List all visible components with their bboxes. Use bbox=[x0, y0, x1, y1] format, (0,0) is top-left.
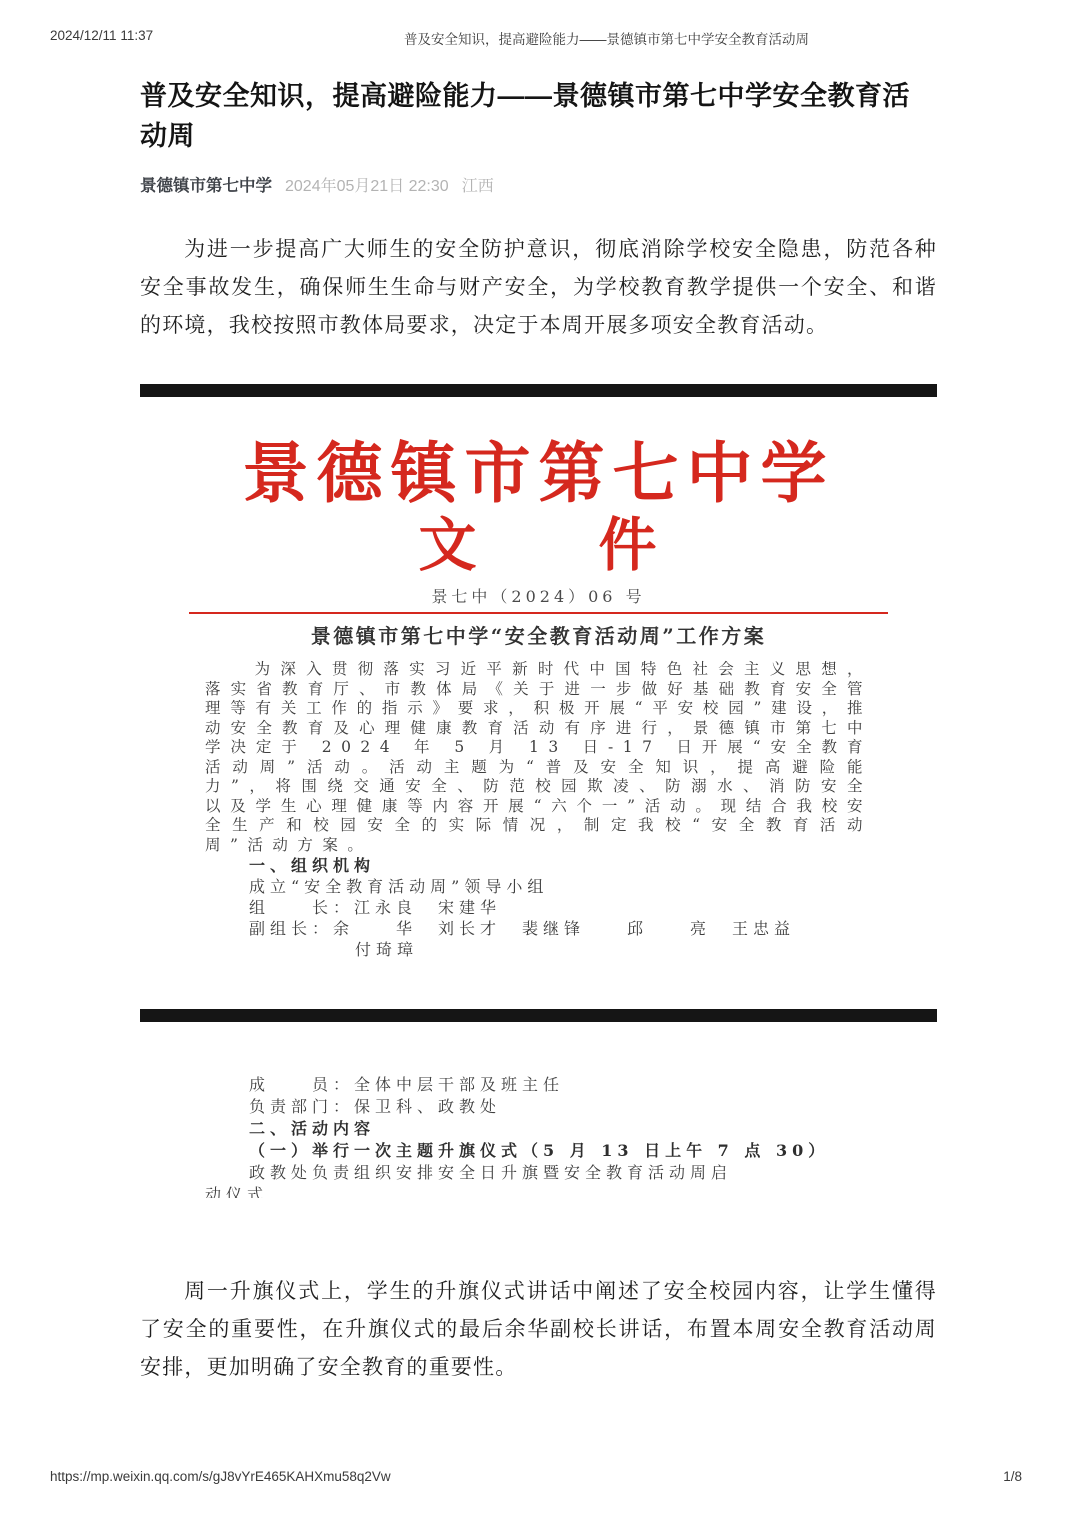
print-header-title: 普及安全知识，提高避险能力——景德镇市第七中学安全教育活动周 bbox=[404, 28, 809, 48]
byline: 景德镇市第七中学 2024年05月21日 22:30 江西 bbox=[140, 172, 937, 196]
doc-wenjian-word: 文 件 bbox=[205, 513, 872, 577]
doc-number: 景七中（2024）06 号 bbox=[205, 587, 872, 607]
image-top-border bbox=[140, 384, 937, 397]
source-url: https://mp.weixin.qq.com/s/gJ8vYrE465KAH… bbox=[50, 1469, 391, 1484]
doc-item1-body-line2: 动仪式 bbox=[205, 1184, 872, 1198]
doc-section1-heading: 一、组织机构 bbox=[205, 855, 872, 876]
print-page: 2024/12/11 11:37 普及安全知识，提高避险能力——景德镇市第七中学… bbox=[0, 0, 1074, 1520]
doc-red-rule bbox=[189, 612, 888, 614]
account-name: 景德镇市第七中学 bbox=[140, 172, 272, 196]
doc-line-leader: 组 长：江永良 宋建华 bbox=[205, 897, 872, 918]
doc-line-departments: 负责部门：保卫科、政教处 bbox=[205, 1096, 872, 1118]
doc-line-members: 成 员：全体中层干部及班主任 bbox=[205, 1074, 872, 1096]
publish-datetime: 2024年05月21日 22:30 bbox=[285, 173, 449, 196]
page-indicator: 1/8 bbox=[1003, 1469, 1022, 1484]
document-scan-figure: 景德镇市第七中学 文 件 景七中（2024）06 号 景德镇市第七中学“安全教育… bbox=[140, 384, 937, 1198]
doc-item1-heading: （一）举行一次主题升旗仪式（5 月 13 日上午 7 点 30） bbox=[205, 1140, 872, 1162]
paragraph-flag-ceremony: 周一升旗仪式上，学生的升旗仪式讲话中阐述了安全校园内容，让学生懂得了安全的重要性… bbox=[140, 1272, 937, 1386]
article: 普及安全知识，提高避险能力——景德镇市第七中学安全教育活动周 景德镇市第七中学 … bbox=[140, 76, 937, 1386]
image-bottom-border bbox=[140, 1009, 937, 1022]
doc-item1-body-line1: 政教处负责组织安排安全日升旗暨安全教育活动周启 bbox=[205, 1162, 872, 1184]
doc-body-paragraph: 为深入贯彻落实习近平新时代中国特色社会主义思想，落实省教育厅、市教体局《关于进一… bbox=[205, 660, 872, 855]
doc-line-deputy: 副组长：余 华 刘长才 裴继锋 邱 亮 王忠益 bbox=[205, 918, 872, 939]
doc-line-deputy-cont: 付琦璋 bbox=[205, 939, 872, 960]
publish-location: 江西 bbox=[462, 173, 494, 196]
doc-section2-heading: 二、活动内容 bbox=[205, 1118, 872, 1140]
doc-line-setup: 成立“安全教育活动周”领导小组 bbox=[205, 876, 872, 897]
article-title: 普及安全知识，提高避险能力——景德镇市第七中学安全教育活动周 bbox=[140, 76, 937, 156]
print-datetime: 2024/12/11 11:37 bbox=[50, 28, 153, 43]
doc-title: 景德镇市第七中学“安全教育活动周”工作方案 bbox=[205, 623, 872, 649]
doc-org-name: 景德镇市第七中学 bbox=[205, 437, 872, 509]
document-scan-page-1: 景德镇市第七中学 文 件 景七中（2024）06 号 景德镇市第七中学“安全教育… bbox=[140, 397, 937, 1009]
document-scan-page-2: 成 员：全体中层干部及班主任 负责部门：保卫科、政教处 二、活动内容 （一）举行… bbox=[140, 1022, 937, 1198]
paragraph-intro: 为进一步提高广大师生的安全防护意识，彻底消除学校安全隐患，防范各种安全事故发生，… bbox=[140, 230, 937, 344]
